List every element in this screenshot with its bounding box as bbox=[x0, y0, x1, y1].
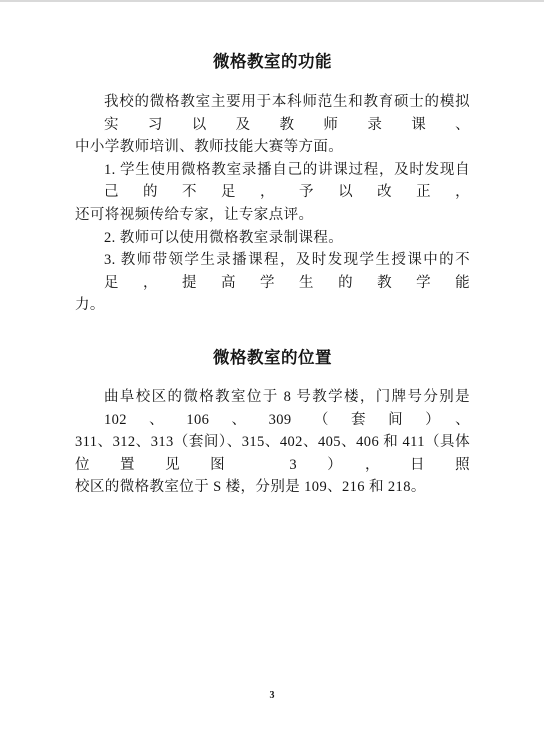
paragraph-item-3: 3. 教师带领学生录播课程，及时发现学生授课中的不足，提高学生的教学能 力。 bbox=[75, 249, 470, 317]
section-heading-functions: 微格教室的功能 bbox=[75, 52, 470, 72]
text-line: 1. 学生使用微格教室录播自己的讲课过程，及时发现自己的不足，予以改正， bbox=[75, 159, 470, 204]
text-line: 2. 教师可以使用微格教室录制课程。 bbox=[75, 227, 470, 250]
paragraph-location: 曲阜校区的微格教室位于 8 号教学楼，门牌号分别是 102、106、309（套间… bbox=[75, 386, 470, 499]
document-page: 微格教室的功能 我校的微格教室主要用于本科师范生和教育硕士的模拟实习以及教师录课… bbox=[0, 0, 544, 756]
text-line: 校区的微格教室位于 S 楼，分别是 109、216 和 218。 bbox=[75, 476, 470, 499]
text-line: 还可将视频传给专家，让专家点评。 bbox=[75, 204, 470, 227]
text-line: 中小学教师培训、教师技能大赛等方面。 bbox=[75, 136, 470, 159]
paragraph-item-1: 1. 学生使用微格教室录播自己的讲课过程，及时发现自己的不足，予以改正， 还可将… bbox=[75, 159, 470, 227]
page-top-edge bbox=[0, 0, 544, 2]
text-line: 我校的微格教室主要用于本科师范生和教育硕士的模拟实习以及教师录课、 bbox=[75, 91, 470, 136]
text-line: 3. 教师带领学生录播课程，及时发现学生授课中的不足，提高学生的教学能 bbox=[75, 249, 470, 294]
text-line: 力。 bbox=[75, 294, 470, 317]
text-line: 311、312、313（套间）、315、402、405、406 和 411（具体… bbox=[75, 431, 470, 476]
page-content: 微格教室的功能 我校的微格教室主要用于本科师范生和教育硕士的模拟实习以及教师录课… bbox=[0, 0, 544, 499]
text-line: 曲阜校区的微格教室位于 8 号教学楼，门牌号分别是 102、106、309（套间… bbox=[75, 386, 470, 431]
paragraph-item-2: 2. 教师可以使用微格教室录制课程。 bbox=[75, 227, 470, 250]
section-heading-location: 微格教室的位置 bbox=[75, 348, 470, 368]
page-number: 3 bbox=[0, 690, 544, 702]
paragraph-intro: 我校的微格教室主要用于本科师范生和教育硕士的模拟实习以及教师录课、 中小学教师培… bbox=[75, 91, 470, 159]
